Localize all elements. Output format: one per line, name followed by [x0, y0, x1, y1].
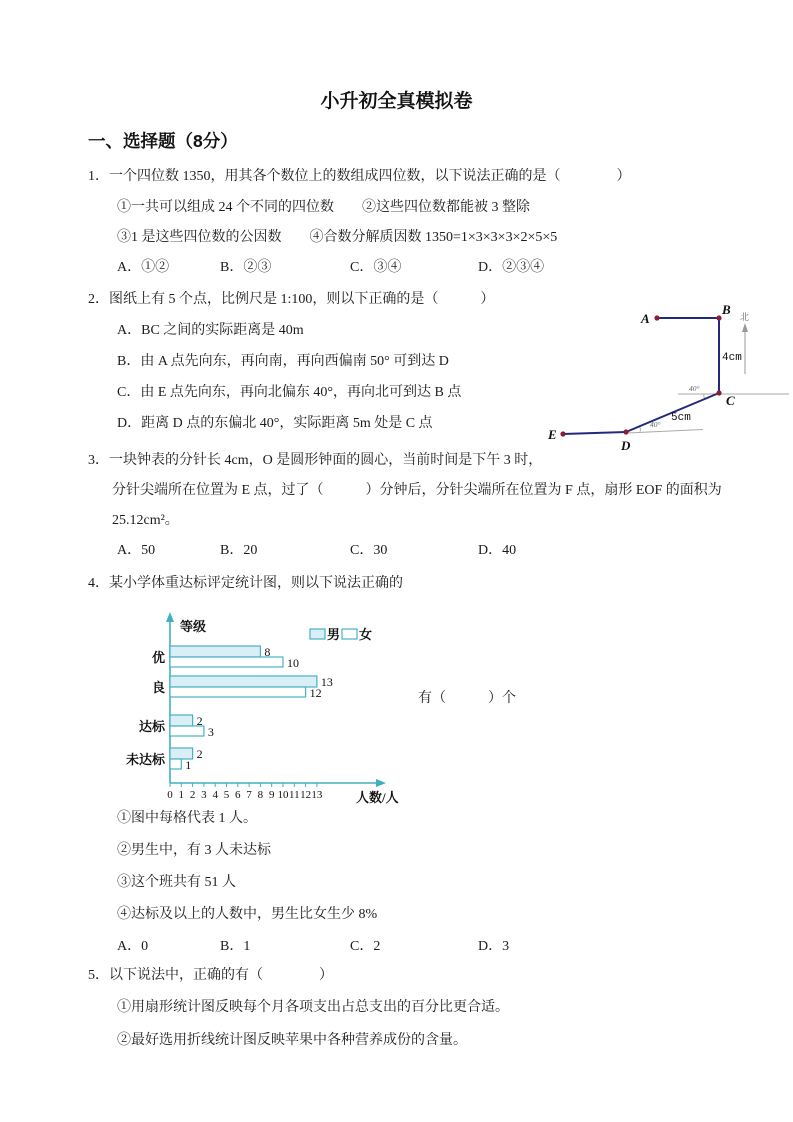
point-b-label: B	[721, 302, 731, 317]
q2-option-b: B．由 A 点先向东，再向南，再向西偏南 50° 可到达 D	[117, 353, 449, 371]
q2-option-d: D．距离 D 点的东偏北 40°，实际距离 5m 处是 C 点	[117, 415, 433, 433]
bar-male-1	[170, 676, 317, 687]
q3-line3: 25.12cm²。	[112, 512, 179, 530]
category-label-3: 未达标	[126, 752, 166, 767]
q5-statement-2: ②最好选用折线统计图反映苹果中各种营养成份的含量。	[117, 1032, 467, 1050]
point-a-dot	[654, 315, 659, 320]
section-heading: 一、选择题（8分）	[88, 128, 238, 153]
value-male-2: 2	[197, 714, 203, 728]
q4-statement-4: ④达标及以上的人数中，男生比女生少 8%	[117, 906, 377, 924]
x-tick-label-11: 11	[289, 789, 300, 801]
q3-option-d: D．40	[478, 542, 516, 560]
x-axis-arrowhead	[376, 779, 386, 787]
angle-d-label: 40°	[650, 420, 661, 429]
x-tick-label-4: 4	[212, 789, 218, 801]
point-c-label: C	[726, 393, 735, 408]
x-tick-label-6: 6	[235, 789, 241, 801]
q1-item-12: ①一共可以组成 24 个不同的四位数 ②这些四位数都能被 3 整除	[117, 199, 530, 217]
north-label: 北	[740, 311, 749, 322]
q1-option-d: D．②③④	[478, 259, 544, 277]
legend-male-label: 男	[327, 627, 340, 642]
legend-female-label: 女	[359, 627, 372, 642]
value-male-3: 2	[197, 747, 203, 761]
q1-stem: 1．一个四位数 1350，用其各个数位上的数组成四位数，以下说法正确的是（ ）	[88, 168, 631, 186]
q4-statement-2: ②男生中，有 3 人未达标	[117, 842, 271, 860]
q2-option-a: A．BC 之间的实际距离是 40m	[117, 322, 304, 340]
value-female-3: 1	[185, 758, 191, 772]
map-figure: 北 A B C D E 4cm 5cm 40° 40°	[543, 292, 793, 467]
point-e-dot	[560, 431, 565, 436]
x-tick-label-12: 12	[300, 789, 311, 801]
bar-female-3	[170, 759, 181, 769]
q3-line1: 3．一块钟表的分针长 4cm，O 是圆形钟面的圆心，当前时间是下午 3 时，	[88, 452, 542, 470]
length-cd-label: 5cm	[671, 412, 691, 424]
q1-item-34: ③1 是这些四位数的公因数 ④合数分解质因数 1350=1×3×3×3×2×5×…	[117, 229, 557, 247]
q1-option-b: B．②③	[220, 259, 271, 277]
q4-option-d: D．3	[478, 938, 509, 956]
x-tick-label-9: 9	[269, 789, 275, 801]
value-female-0: 10	[287, 656, 299, 670]
x-tick-label-0: 0	[167, 789, 173, 801]
q4-statement-3: ③这个班共有 51 人	[117, 874, 236, 892]
x-tick-label-10: 10	[278, 789, 290, 801]
q4-option-a: A．0	[117, 938, 148, 956]
angle-c-label: 40°	[689, 384, 700, 393]
x-tick-label-5: 5	[224, 789, 230, 801]
y-axis-arrowhead	[166, 612, 174, 622]
value-male-1: 13	[321, 675, 333, 689]
x-tick-label-3: 3	[201, 789, 207, 801]
value-female-1: 12	[310, 686, 322, 700]
value-female-2: 3	[208, 725, 214, 739]
q4-stem-continuation: 有（ ）个	[418, 690, 516, 708]
x-tick-label-1: 1	[179, 789, 185, 801]
bar-male-2	[170, 715, 193, 726]
q4-option-b: B．1	[220, 938, 250, 956]
category-label-0: 优	[152, 650, 165, 665]
point-d-dot	[623, 429, 628, 434]
horizontal-guide-d	[627, 430, 703, 434]
q1-option-a: A．①②	[117, 259, 169, 277]
length-bc-label: 4cm	[722, 352, 742, 364]
point-c-dot	[716, 390, 721, 395]
q1-option-c: C．③④	[350, 259, 401, 277]
legend-male-swatch	[310, 629, 325, 639]
y-axis-title: 等级	[180, 619, 206, 634]
point-b-dot	[716, 315, 721, 320]
q3-option-b: B．20	[220, 542, 257, 560]
bars-layer: 优810良1312达标23未达标21	[126, 645, 333, 772]
q3-option-c: C．30	[350, 542, 387, 560]
q3-line2: 分针尖端所在位置为 E 点，过了（ ）分钟后，分针尖端所在位置为 F 点，扇形 …	[112, 482, 722, 500]
q5-statement-1: ①用扇形统计图反映每个月各项支出占总支出的百分比更合适。	[117, 999, 509, 1017]
q4-statement-1: ①图中每格代表 1 人。	[117, 810, 257, 828]
q4-option-c: C．2	[350, 938, 380, 956]
q4-stem: 4．某小学体重达标评定统计图，则以下说法正确的	[88, 575, 403, 593]
category-label-2: 达标	[139, 719, 166, 734]
bar-male-0	[170, 646, 260, 657]
point-e-label: E	[547, 427, 557, 442]
weight-rating-bar-chart: 等级 人数/人 男 女 优810良1312达标23未达标21 012345678…	[130, 608, 420, 813]
x-axis-title: 人数/人	[356, 790, 399, 805]
q3-option-a: A．50	[117, 542, 155, 560]
page-title: 小升初全真模拟卷	[0, 86, 793, 113]
x-tick-label-2: 2	[190, 789, 196, 801]
x-tick-label-8: 8	[258, 789, 264, 801]
point-d-label: D	[620, 438, 631, 453]
north-arrowhead	[742, 323, 748, 332]
q2-option-c: C．由 E 点先向东，再向北偏东 40°，再向北可到达 B 点	[117, 384, 461, 402]
q5-stem: 5．以下说法中，正确的有（ ）	[88, 967, 333, 985]
x-tick-label-7: 7	[246, 789, 252, 801]
x-tick-label-13: 13	[311, 789, 323, 801]
segment-ed	[563, 432, 626, 434]
legend-female-swatch	[342, 629, 357, 639]
point-a-label: A	[640, 311, 650, 326]
value-male-0: 8	[264, 645, 270, 659]
q2-stem: 2．图纸上有 5 个点，比例尺是 1:100，则以下正确的是（ ）	[88, 291, 494, 309]
ticks-layer: 012345678910111213	[167, 783, 323, 801]
category-label-1: 良	[152, 680, 165, 695]
bar-female-1	[170, 687, 306, 697]
exam-page: 小升初全真模拟卷 一、选择题（8分） 1．一个四位数 1350，用其各个数位上的…	[0, 0, 793, 1122]
